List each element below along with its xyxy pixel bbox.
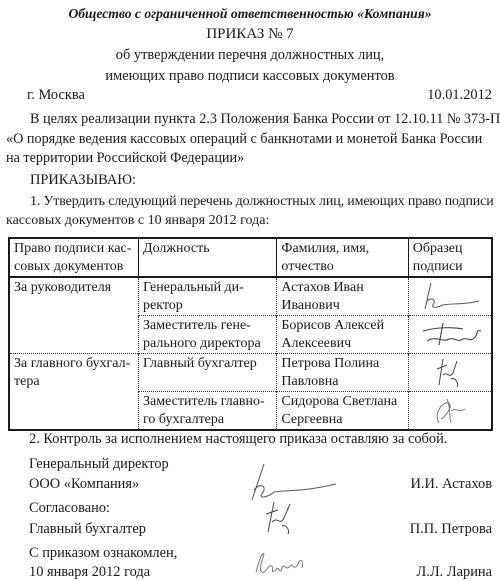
accountant-title: Главный бухгалтер bbox=[29, 521, 146, 538]
acquainted-signature-icon bbox=[248, 548, 312, 578]
city: г. Москва bbox=[27, 87, 85, 104]
signature-petrova-icon bbox=[413, 355, 489, 391]
agreed-label: Согласовано: bbox=[29, 500, 110, 517]
signature-sidorova-icon bbox=[413, 393, 489, 429]
name-cell: Астахов ИванИванович bbox=[277, 277, 408, 316]
item2: 2. Контроль за исполнением настоящего пр… bbox=[29, 431, 447, 448]
header-position-cell: Должность bbox=[139, 238, 277, 277]
right-cell-accountant: За главного бухгал-тера bbox=[9, 354, 139, 431]
preamble-line3: на территории Российской Федерации» bbox=[6, 150, 244, 167]
header-signature-cell: Образецподписи bbox=[408, 238, 492, 277]
order-subject-line1: об утверждении перечня должностных лиц, bbox=[0, 47, 500, 64]
header-right-cell: Право подписи кас-совых документов bbox=[9, 238, 139, 277]
order-word: ПРИКАЗЫВАЮ: bbox=[30, 172, 136, 189]
accountant-signature-icon bbox=[258, 498, 308, 538]
signature-cell bbox=[408, 316, 492, 354]
name-cell: Петрова ПолинаПавловна bbox=[277, 354, 408, 392]
table-row: За главного бухгал-тера Главный бухгалте… bbox=[9, 354, 492, 392]
signature-cell bbox=[408, 277, 492, 316]
signature-borisov-icon bbox=[413, 317, 489, 353]
header-name-cell: Фамилия, имя,отчество bbox=[277, 238, 408, 277]
signatories-table: Право подписи кас-совых документов Должн… bbox=[8, 237, 493, 431]
preamble-line2: «О порядке ведения кассовых операций с б… bbox=[6, 131, 482, 148]
director-title-line1: Генеральный директор bbox=[29, 456, 169, 473]
table-header-row: Право подписи кас-совых документов Должн… bbox=[9, 238, 492, 277]
item1-line1: 1. Утвердить следующий перечень должност… bbox=[30, 194, 494, 210]
director-title-line2: ООО «Компания» bbox=[29, 476, 139, 493]
acquainted-line1: С приказом ознакомлен, bbox=[29, 545, 177, 562]
position-cell: Заместитель главно-го бухгалтера bbox=[139, 392, 277, 431]
item1-line2: кассовых документов с 10 января 2012 год… bbox=[6, 213, 269, 229]
position-cell: Заместитель гене-рального директора bbox=[139, 316, 277, 354]
order-subject-line2: имеющих право подписи кассовых документо… bbox=[0, 68, 500, 85]
table-row: За руководителя Генеральный ди-ректор Ас… bbox=[9, 277, 492, 316]
acquainted-name: Л.Л. Ларина bbox=[417, 564, 492, 581]
position-cell: Генеральный ди-ректор bbox=[139, 277, 277, 316]
acquainted-line2: 10 января 2012 года bbox=[29, 564, 150, 581]
position-cell: Главный бухгалтер bbox=[139, 354, 277, 392]
order-title: ПРИКАЗ № 7 bbox=[0, 26, 500, 43]
signature-cell bbox=[408, 354, 492, 392]
accountant-name: П.П. Петрова bbox=[410, 521, 492, 538]
signature-astakhov-icon bbox=[413, 279, 489, 315]
right-cell-director: За руководителя bbox=[9, 277, 139, 354]
name-cell: Борисов АлексейАлексеевич bbox=[277, 316, 408, 354]
signature-cell bbox=[408, 392, 492, 431]
name-cell: Сидорова СветланаСергеевна bbox=[277, 392, 408, 431]
order-date: 10.01.2012 bbox=[427, 87, 492, 104]
director-name: И.И. Астахов bbox=[411, 476, 493, 493]
company-name: Общество с ограниченной ответственностью… bbox=[0, 6, 500, 22]
preamble-line1: В целях реализации пункта 2.3 Положения … bbox=[30, 111, 500, 128]
